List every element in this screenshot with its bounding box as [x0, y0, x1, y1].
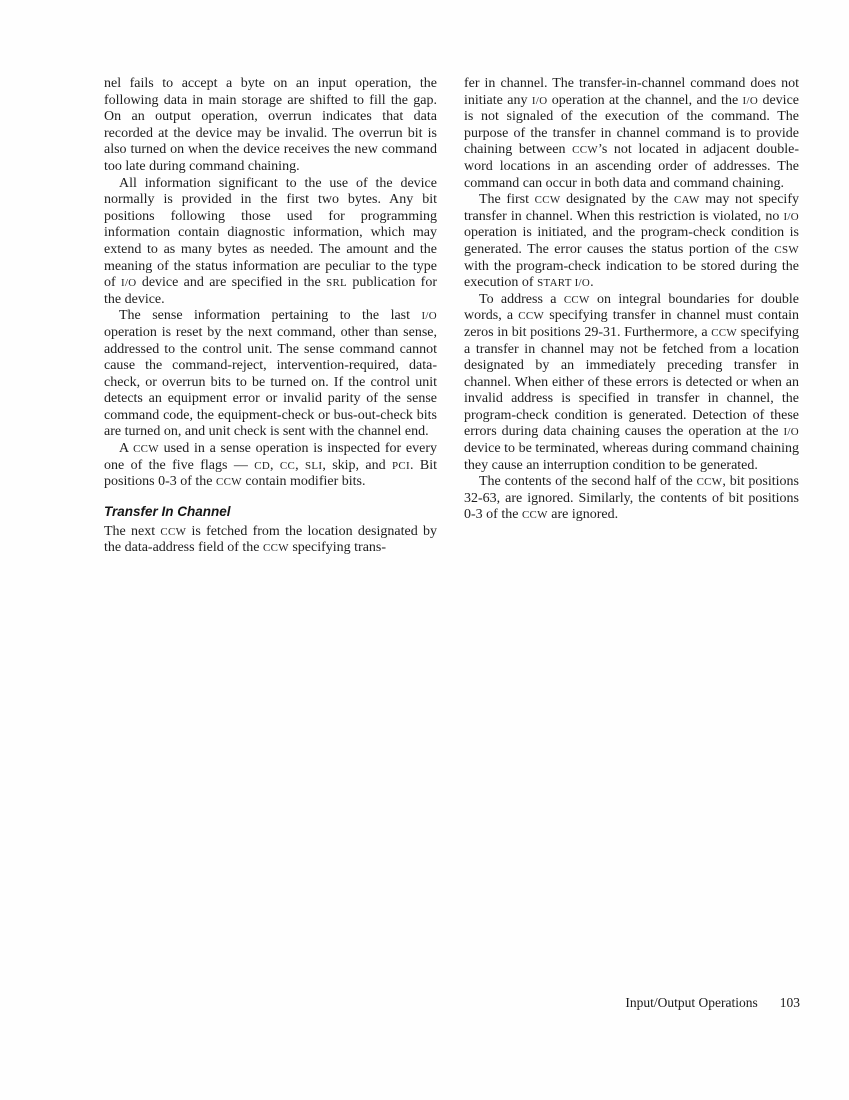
paragraph: fer in channel. The transfer-in-channel … — [464, 76, 799, 192]
page-footer: Input/Output Operations103 — [625, 995, 800, 1011]
right-column: fer in channel. The transfer-in-channel … — [464, 76, 799, 557]
document-page: nel fails to accept a byte on an input o… — [0, 0, 849, 1100]
paragraph: A CCW used in a sense operation is inspe… — [104, 441, 437, 491]
section-heading: Transfer In Channel — [104, 504, 437, 520]
paragraph: The sense information pertaining to the … — [104, 308, 437, 441]
paragraph: nel fails to accept a byte on an input o… — [104, 76, 437, 176]
paragraph: The contents of the second half of the C… — [464, 474, 799, 524]
left-column: nel fails to accept a byte on an input o… — [104, 76, 437, 557]
footer-section-title: Input/Output Operations — [625, 995, 757, 1010]
paragraph: To address a CCW on integral boundaries … — [464, 292, 799, 475]
paragraph: All information significant to the use o… — [104, 176, 437, 309]
paragraph: The first CCW designated by the CAW may … — [464, 192, 799, 292]
page-number: 103 — [780, 995, 800, 1010]
page-body: nel fails to accept a byte on an input o… — [104, 76, 799, 557]
paragraph: The next CCW is fetched from the locatio… — [104, 524, 437, 557]
